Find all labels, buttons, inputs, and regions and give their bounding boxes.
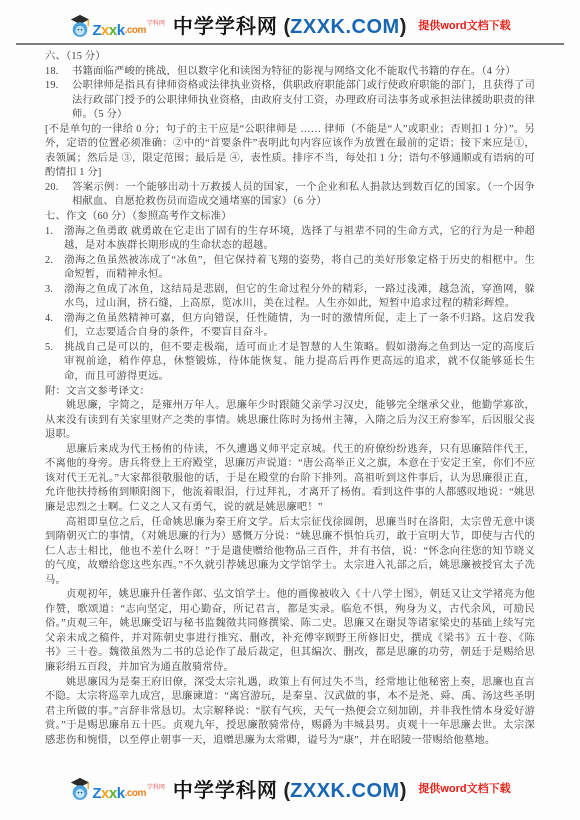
logo-com-suffix: .com — [125, 786, 146, 801]
section-six-heading: 六、（15 分） — [45, 50, 535, 65]
translation-paragraph: 贞观初年，姚思廉升任著作郎、弘文馆学士。他的画像被收入《十八学士图》，朝廷又让文… — [45, 588, 535, 675]
logo-letter: x — [109, 23, 117, 38]
logo-letter: x — [101, 23, 109, 38]
item-number: 18. — [45, 65, 72, 80]
item-number: 4. — [45, 312, 64, 327]
answer-item-18: 18.书籍面临严峻的挑战，但以数字化和读图为特征的影视与网络文化不能取代书籍的存… — [45, 65, 535, 80]
item-number: 1. — [45, 225, 64, 240]
item-number: 20. — [45, 181, 72, 196]
answer-sheet-content: 六、（15 分） 18.书籍面临严峻的挑战，但以数字化和读图为特征的影视与网络文… — [45, 50, 535, 748]
translation-paragraph: 高祖即皇位之后，任命姚思廉为秦王府文学。后太宗征伐徐圆朗，思廉当时在洛阳，太宗曾… — [45, 516, 535, 589]
grading-note-19: [不是单句的一律给 0 分；句子的主干应是“公职律师是 …… 律师（不能是“人”… — [45, 123, 535, 181]
page-header: Zxxk.com 学科网 中学学科网 (ZXXK.COM) 提供word文档下载 — [0, 0, 580, 40]
paren-close: ) — [400, 16, 407, 38]
zxxk-mascot-icon — [69, 775, 91, 801]
download-tagline-link[interactable]: 提供word文档下载 — [418, 17, 510, 33]
site-title: 中学学科网 (ZXXK.COM) — [173, 10, 406, 39]
translation-paragraph: 思廉后来成为代王杨侑的侍读，不久遭遇义师平定京城。代王的府僚纷纷逃奔，只有思廉陪… — [45, 443, 535, 516]
answer-item-20: 20.答案示例：一个能够出动十万救援人员的国家，一个企业和私人捐款达到数百亿的国… — [45, 181, 535, 210]
logo-micro-text: 学科网 — [147, 785, 165, 792]
item-text: 公职律师是指具有律师资格或法律执业资格，供职政府职能部门或行使政府职能的部门，且… — [72, 80, 535, 120]
logo-letter: k — [117, 23, 125, 38]
item-number: 3. — [45, 283, 64, 298]
logo-letter: Z — [92, 23, 101, 38]
site-title: 中学学科网 (ZXXK.COM) — [173, 774, 406, 803]
item-text: 渤海之鱼勇敢 就勇敢在它走出了固有的生存环境，选择了与祖辈不同的生命方式，它的行… — [64, 226, 535, 252]
appendix-heading: 附：文言文参考译文： — [45, 385, 535, 400]
item-text: 书籍面临严峻的挑战，但以数字化和读图为特征的影视与网络文化不能取代书籍的存在。（… — [72, 66, 516, 77]
zxxk-logo[interactable]: Zxxk.com 学科网 — [69, 12, 165, 38]
header-divider — [16, 43, 564, 45]
item-number: 19. — [45, 79, 72, 94]
essay-point-2: 2.渤海之鱼虽然被冻成了“冰鱼”，但它保持着飞翔的姿势，将自己的美好形象定格于历… — [45, 254, 535, 283]
item-text: 挑战自己是可以的，但不要走极端，适可而止才是智慧的人生策略。假如渤海之鱼到达一定… — [64, 342, 535, 382]
essay-point-1: 1.渤海之鱼勇敢 就勇敢在它走出了固有的生存环境，选择了与祖辈不同的生命方式，它… — [45, 225, 535, 254]
translation-paragraph: 姚思廉，字简之，是雍州万年人。思廉年少时跟随父亲学习汉史，能够完全继承父业，他勤… — [45, 399, 535, 443]
zxxk-logo[interactable]: Zxxk.com 学科网 — [69, 775, 165, 801]
essay-point-3: 3.渤海之鱼成了冰鱼，这结局是悲剧，但它的生命过程分外的精彩，一路过浅滩，越急流… — [45, 283, 535, 312]
logo-letter: k — [117, 786, 125, 801]
item-text: 渤海之鱼虽然被冻成了“冰鱼”，但它保持着飞翔的姿势，将自己的美好形象定格于历史的… — [64, 255, 535, 281]
download-tagline-link[interactable]: 提供word文档下载 — [418, 780, 510, 796]
site-title-en: ZXXK.COM — [290, 16, 400, 38]
logo-letter: x — [109, 786, 117, 801]
document-page: Zxxk.com 学科网 中学学科网 (ZXXK.COM) 提供word文档下载… — [0, 0, 580, 820]
item-number: 5. — [45, 341, 64, 356]
essay-point-4: 4.渤海之鱼虽然精神可嘉，但方向错误，任性随情，为一时的激情所促，走上了一条不归… — [45, 312, 535, 341]
logo-letter: x — [101, 786, 109, 801]
item-text: 答案示例：一个能够出动十万救援人员的国家，一个企业和私人捐款达到数百亿的国家。（… — [72, 182, 535, 208]
page-footer: Zxxk.com 学科网 中学学科网 (ZXXK.COM) 提供word文档下载 — [0, 768, 580, 808]
logo-com-suffix: .com — [125, 23, 146, 38]
essay-point-5: 5.挑战自己是可以的，但不要走极端，适可而止才是智慧的人生策略。假如渤海之鱼到达… — [45, 341, 535, 385]
zxxk-mascot-icon — [69, 12, 91, 38]
paren-close: ) — [400, 780, 407, 802]
site-title-en: ZXXK.COM — [290, 780, 400, 802]
item-text: 渤海之鱼成了冰鱼，这结局是悲剧，但它的生命过程分外的精彩，一路过浅滩，越急流，穿… — [64, 284, 535, 310]
item-text: 渤海之鱼虽然精神可嘉，但方向错误，任性随情，为一时的激情所促，走上了一条不归路。… — [64, 313, 535, 339]
answer-item-19: 19.公职律师是指具有律师资格或法律执业资格，供职政府职能部门或行使政府职能的部… — [45, 79, 535, 123]
translation-paragraph: 姚思廉因为是秦王府旧僚，深受太宗礼遇，政策上有何过失不当，经常地让他秘密上奏，思… — [45, 676, 535, 749]
site-title-cn: 中学学科网 — [173, 16, 278, 38]
logo-letter: Z — [92, 786, 101, 801]
item-number: 2. — [45, 254, 64, 269]
section-seven-heading: 七、作文（60 分）（参照高考作文标准） — [45, 210, 535, 225]
site-title-cn: 中学学科网 — [173, 780, 278, 802]
logo-micro-text: 学科网 — [147, 21, 165, 28]
